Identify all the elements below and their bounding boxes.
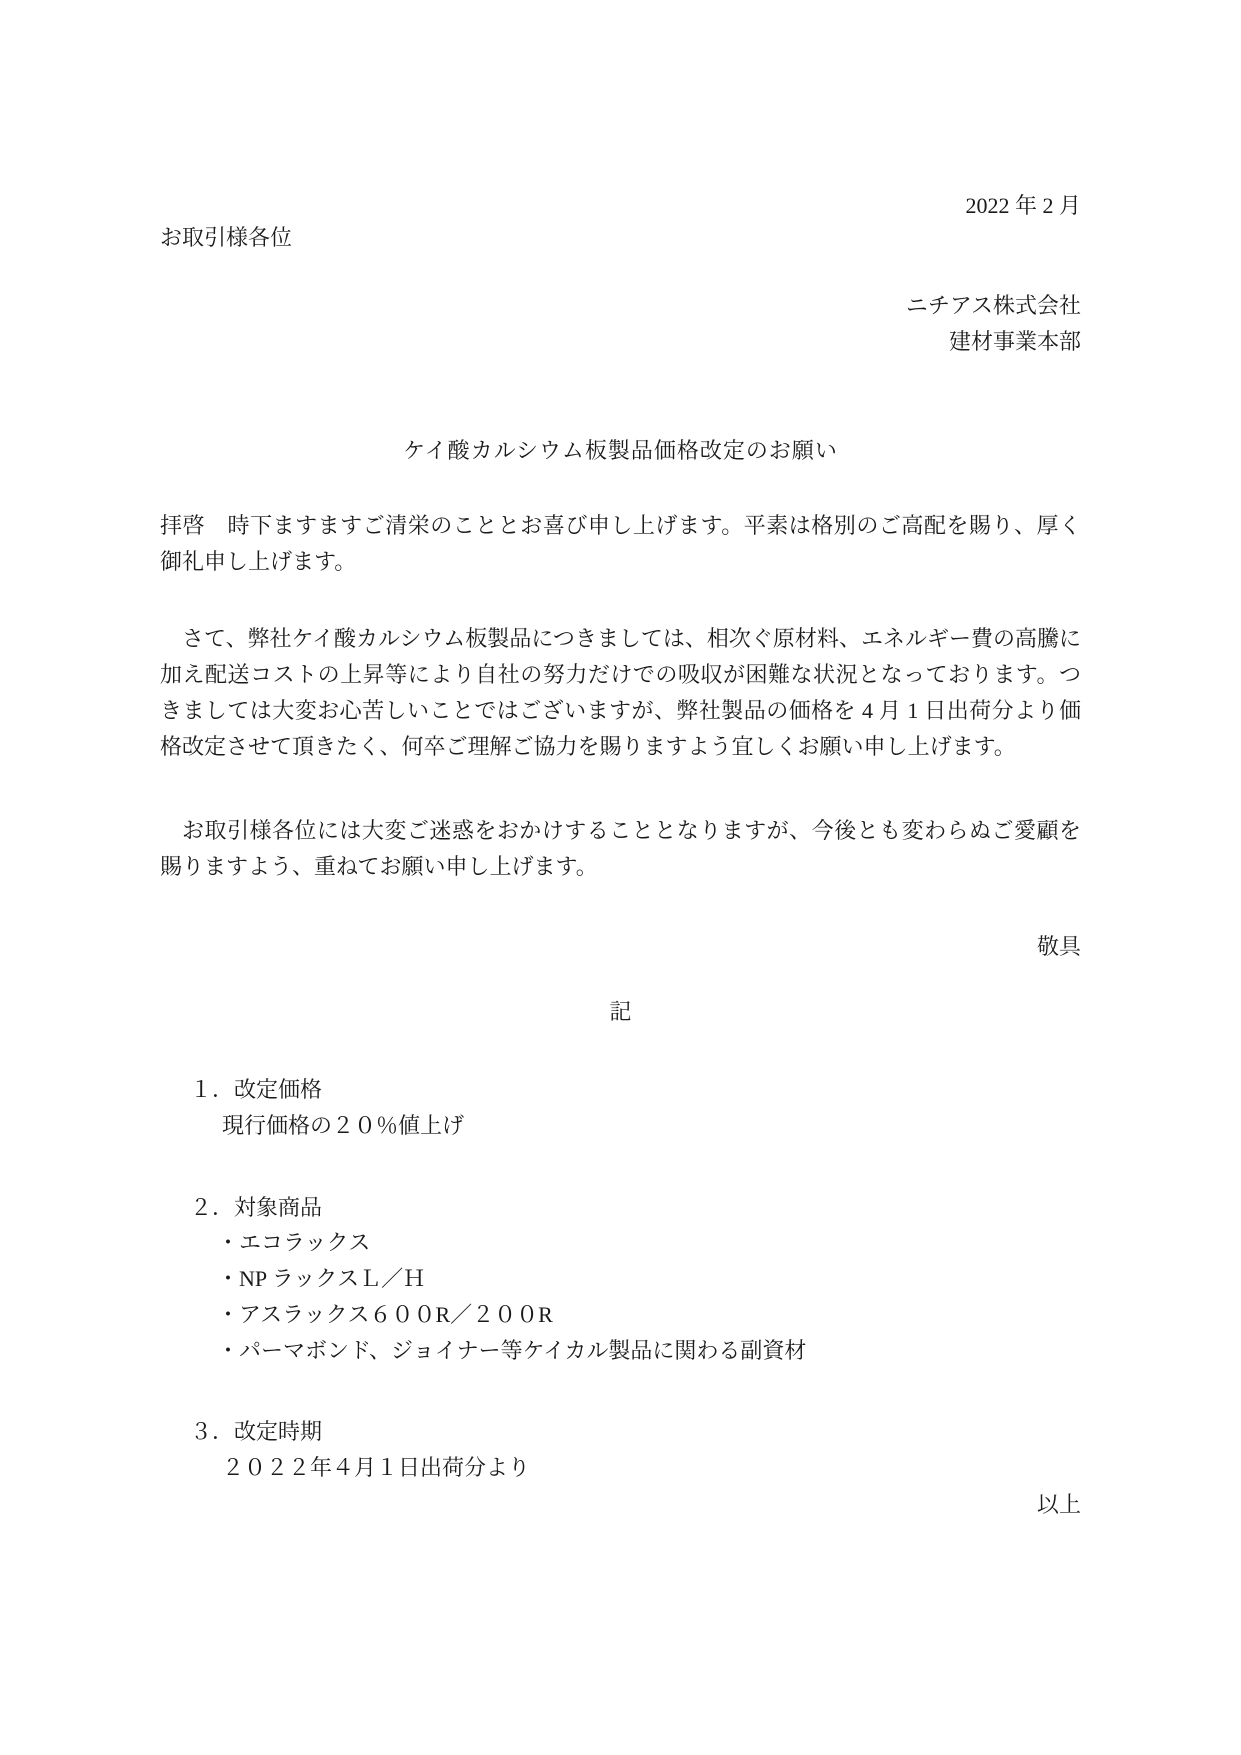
letter-title: ケイ酸カルシウム板製品価格改定のお願い — [160, 433, 1081, 469]
section-2-items: ・エコラックス ・NP ラックスＬ／Ｈ ・アスラックス６００R／２００R ・パー… — [217, 1225, 806, 1369]
paragraph-apology: お取引様各位には大変ご迷惑をおかけすることとなりますが、今後とも変わらぬご愛顧を… — [160, 813, 1081, 885]
bullet-item: ・パーマボンド、ジョイナー等ケイカル製品に関わる副資材 — [217, 1333, 806, 1369]
letter-date: 2022 年 2 月 — [160, 188, 1113, 224]
end-marker: 以上 — [160, 1487, 1099, 1523]
closing-salutation: 敬具 — [160, 929, 1203, 965]
sender-division: 建材事業本部 — [160, 324, 1112, 360]
section-1-label: １．改定価格 — [190, 1072, 322, 1108]
recipient: お取引様各位 — [160, 220, 1081, 256]
bullet-item: ・NP ラックスＬ／Ｈ — [217, 1261, 806, 1297]
section-3-label: ３．改定時期 — [190, 1414, 322, 1450]
paragraph-greeting: 拝啓 時下ますますご清栄のこととお喜び申し上げます。平素は格別のご高配を賜り、厚… — [160, 508, 1081, 580]
section-1-item: 現行価格の２０％値上げ — [222, 1108, 464, 1144]
bullet-item: ・エコラックス — [217, 1225, 806, 1261]
paragraph-price-revision-reason: さて、弊社ケイ酸カルシウム板製品につきましては、相次ぐ原材料、エネルギー費の高騰… — [160, 621, 1081, 765]
section-2-label: ２．対象商品 — [190, 1190, 322, 1226]
section-3-item: ２０２２年４月１日出荷分より — [222, 1450, 530, 1486]
sender-company: ニチアス株式会社 — [160, 288, 1107, 324]
letter-page: 2022 年 2 月 お取引様各位 ニチアス株式会社 建材事業本部 ケイ酸カルシ… — [0, 0, 1241, 1755]
bullet-item: ・アスラックス６００R／２００R — [217, 1297, 806, 1333]
record-marker: 記 — [160, 994, 1081, 1030]
